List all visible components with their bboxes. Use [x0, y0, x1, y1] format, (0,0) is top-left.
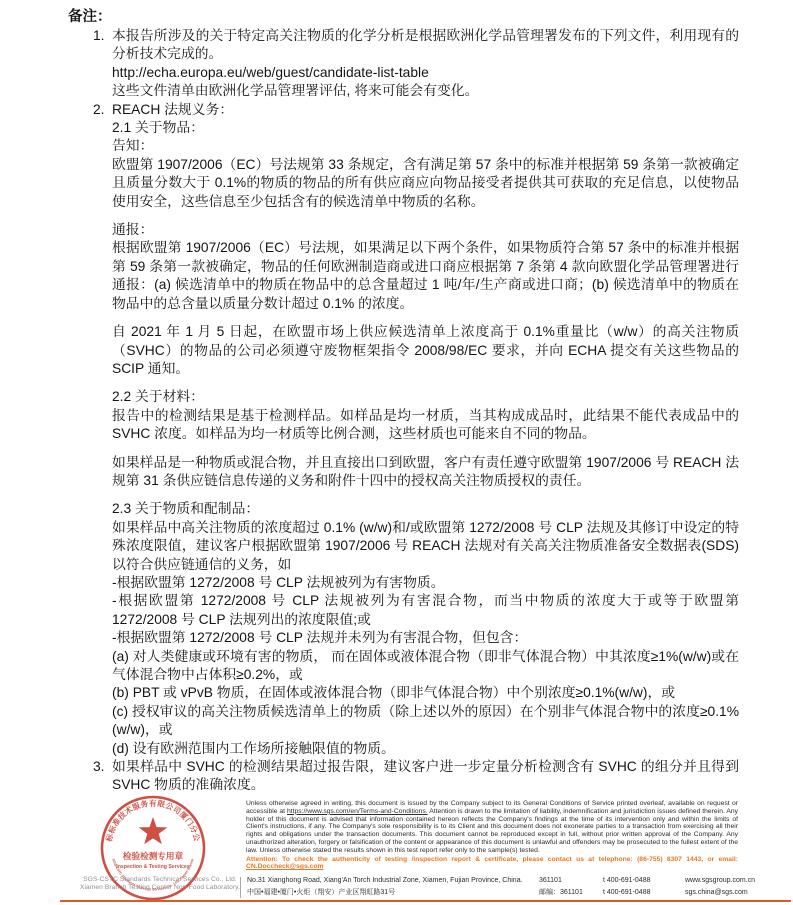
section-2-3-clause-d: (d) 设有欧洲范围内工作场所接触限值的物质。 [112, 740, 739, 758]
note-item-3: 3. 如果样品中 SVHC 的检测结果超过报告限，建议客户进一步定量分析检测含有… [93, 758, 739, 795]
terms-and-conditions-link[interactable]: https://www.sgs.com/en/Terms-and-Conditi… [287, 808, 428, 815]
address-row-cn: 中国•福建•厦门•火炬（翔安）产业区翔虹路31号 邮编：361101 t 400… [247, 887, 738, 899]
disclaimer-text-2: Attention is drawn to the limitation of … [246, 808, 738, 854]
postcode-en: 361101 [539, 875, 603, 887]
section-2-2-heading: 2.2 关于材料： [112, 388, 739, 406]
notes-section: 备注： 1. 本报告所涉及的关于特定高关注物质的化学分析是根据欧洲化学品管理署发… [68, 8, 739, 795]
section-2-3-paragraph-1: 如果样品中高关注物质的浓度超过 0.1% (w/w)和/或欧盟第 1272/20… [112, 519, 739, 574]
lab-company-line2: Xiamen Branch Testing Center Non-Food La… [70, 884, 250, 892]
reach-obligations-heading: REACH 法规义务： [112, 101, 739, 119]
doccheck-email-link[interactable]: CN.Doccheck@sgs.com [246, 863, 323, 870]
address-block: No.31 Xianghong Road, Xiang'An Torch Ind… [247, 875, 738, 898]
section-2-1-heading: 2.1 关于物品： [112, 119, 739, 137]
section-2-3-dash-2: -根据欧盟第 1272/2008 号 CLP 法规被列为有害混合物，而当中物质的… [112, 592, 739, 629]
sgs-website-link[interactable]: www.sgsgroup.com.cn [685, 877, 755, 884]
note-item-2: 2. REACH 法规义务： 2.1 关于物品： 告知： 欧盟第 1907/20… [93, 101, 739, 758]
phone-number-2: t 400-691-0488 [603, 887, 685, 899]
section-2-1-paragraph-notify: 根据欧盟第 1907/2006（EC）号法规，如果满足以下两个条件，如果物质符合… [112, 239, 739, 313]
note-item-3-number: 3. [93, 758, 112, 795]
section-2-1-paragraph-scip: 自 2021 年 1 月 5 日起，在欧盟市场上供应候选清单上浓度高于 0.1%… [112, 323, 739, 378]
sgs-email-link[interactable]: sgs.china@sgs.com [685, 889, 748, 896]
address-row-en: No.31 Xianghong Road, Xiang'An Torch Ind… [247, 875, 738, 887]
echa-candidate-list-link[interactable]: http://echa.europa.eu/web/guest/candidat… [112, 65, 429, 80]
section-2-2-paragraph-1: 报告中的检测结果是基于检测样品。如样品是均一材质，当其构成成品时，此结果不能代表… [112, 407, 739, 444]
address-cn: 中国•福建•厦门•火炬（翔安）产业区翔虹路31号 [247, 887, 539, 899]
star-icon [139, 817, 168, 844]
legal-disclaimer: Unless otherwise agreed in writing, this… [246, 800, 738, 871]
section-2-3-clause-b: (b) PBT 或 vPvB 物质，在固体或液体混合物（即非气体混合物）中个别浓… [112, 684, 739, 702]
lab-company-name: SGS-CSTC Standards Technical Services Co… [70, 876, 250, 892]
section-2-3-clause-c: (c) 授权审议的高关注物质候选清单上的物质（除上述以外的原因）在个别非气体混合… [112, 703, 739, 740]
section-2-1-paragraph-inform: 欧盟第 1907/2006（EC）号法规第 33 条规定，含有满足第 57 条中… [112, 156, 739, 211]
note-item-1-paragraph: 本报告所涉及的关于特定高关注物质的化学分析是根据欧洲化学品管理署发布的下列文件，… [112, 27, 739, 64]
note-item-1: 1. 本报告所涉及的关于特定高关注物质的化学分析是根据欧洲化学品管理署发布的下列… [93, 27, 739, 101]
section-2-1-label-inform: 告知： [112, 137, 739, 155]
section-2-3-dash-3: -根据欧盟第 1272/2008 号 CLP 法规并未列为有害混合物，但包含： [112, 629, 739, 647]
notes-title: 备注： [68, 8, 739, 27]
section-2-3-heading: 2.3 关于物质和配制品： [112, 500, 739, 518]
lab-company-line1: SGS-CSTC Standards Technical Services Co… [70, 876, 250, 884]
stamp-label-cn: 检验检测专用章 [123, 850, 184, 861]
address-divider [240, 877, 241, 898]
report-footer: 通标标准技术服务有限公司厦门分公司 SGS-CSTC Standards Tec… [0, 793, 793, 905]
stamp-label-en: Inspection & Testing Services [116, 864, 190, 870]
section-2-1-label-notify: 通报： [112, 221, 739, 239]
postcode-cn: 邮编：361101 [539, 887, 603, 899]
authenticity-attention: Attention: To check the authenticity of … [246, 856, 738, 872]
address-en: No.31 Xianghong Road, Xiang'An Torch Ind… [247, 875, 539, 887]
note-item-3-paragraph: 如果样品中 SVHC 的检测结果超过报告限，建议客户进一步定量分析检测含有 SV… [112, 758, 739, 795]
section-2-3-dash-1: -根据欧盟第 1272/2008 号 CLP 法规被列为有害物质。 [112, 574, 739, 592]
note-item-1-number: 1. [93, 27, 112, 101]
attention-text: Attention: To check the authenticity of … [246, 856, 738, 863]
phone-number: t 400-691-0488 [603, 875, 685, 887]
section-2-3-clause-a: (a) 对人类健康或环境有害的物质， 而在固体或液体混合物（即非气体混合物）中其… [112, 648, 739, 685]
footer-bottom-rule [60, 900, 791, 902]
section-2-2-paragraph-2: 如果样品是一种物质或混合物，并且直接出口到欧盟，客户有责任遵守欧盟第 1907/… [112, 454, 739, 491]
note-item-1-remark: 这些文件清单由欧洲化学品管理署评估, 将来可能会有变化。 [112, 82, 739, 100]
note-item-2-number: 2. [93, 101, 112, 758]
